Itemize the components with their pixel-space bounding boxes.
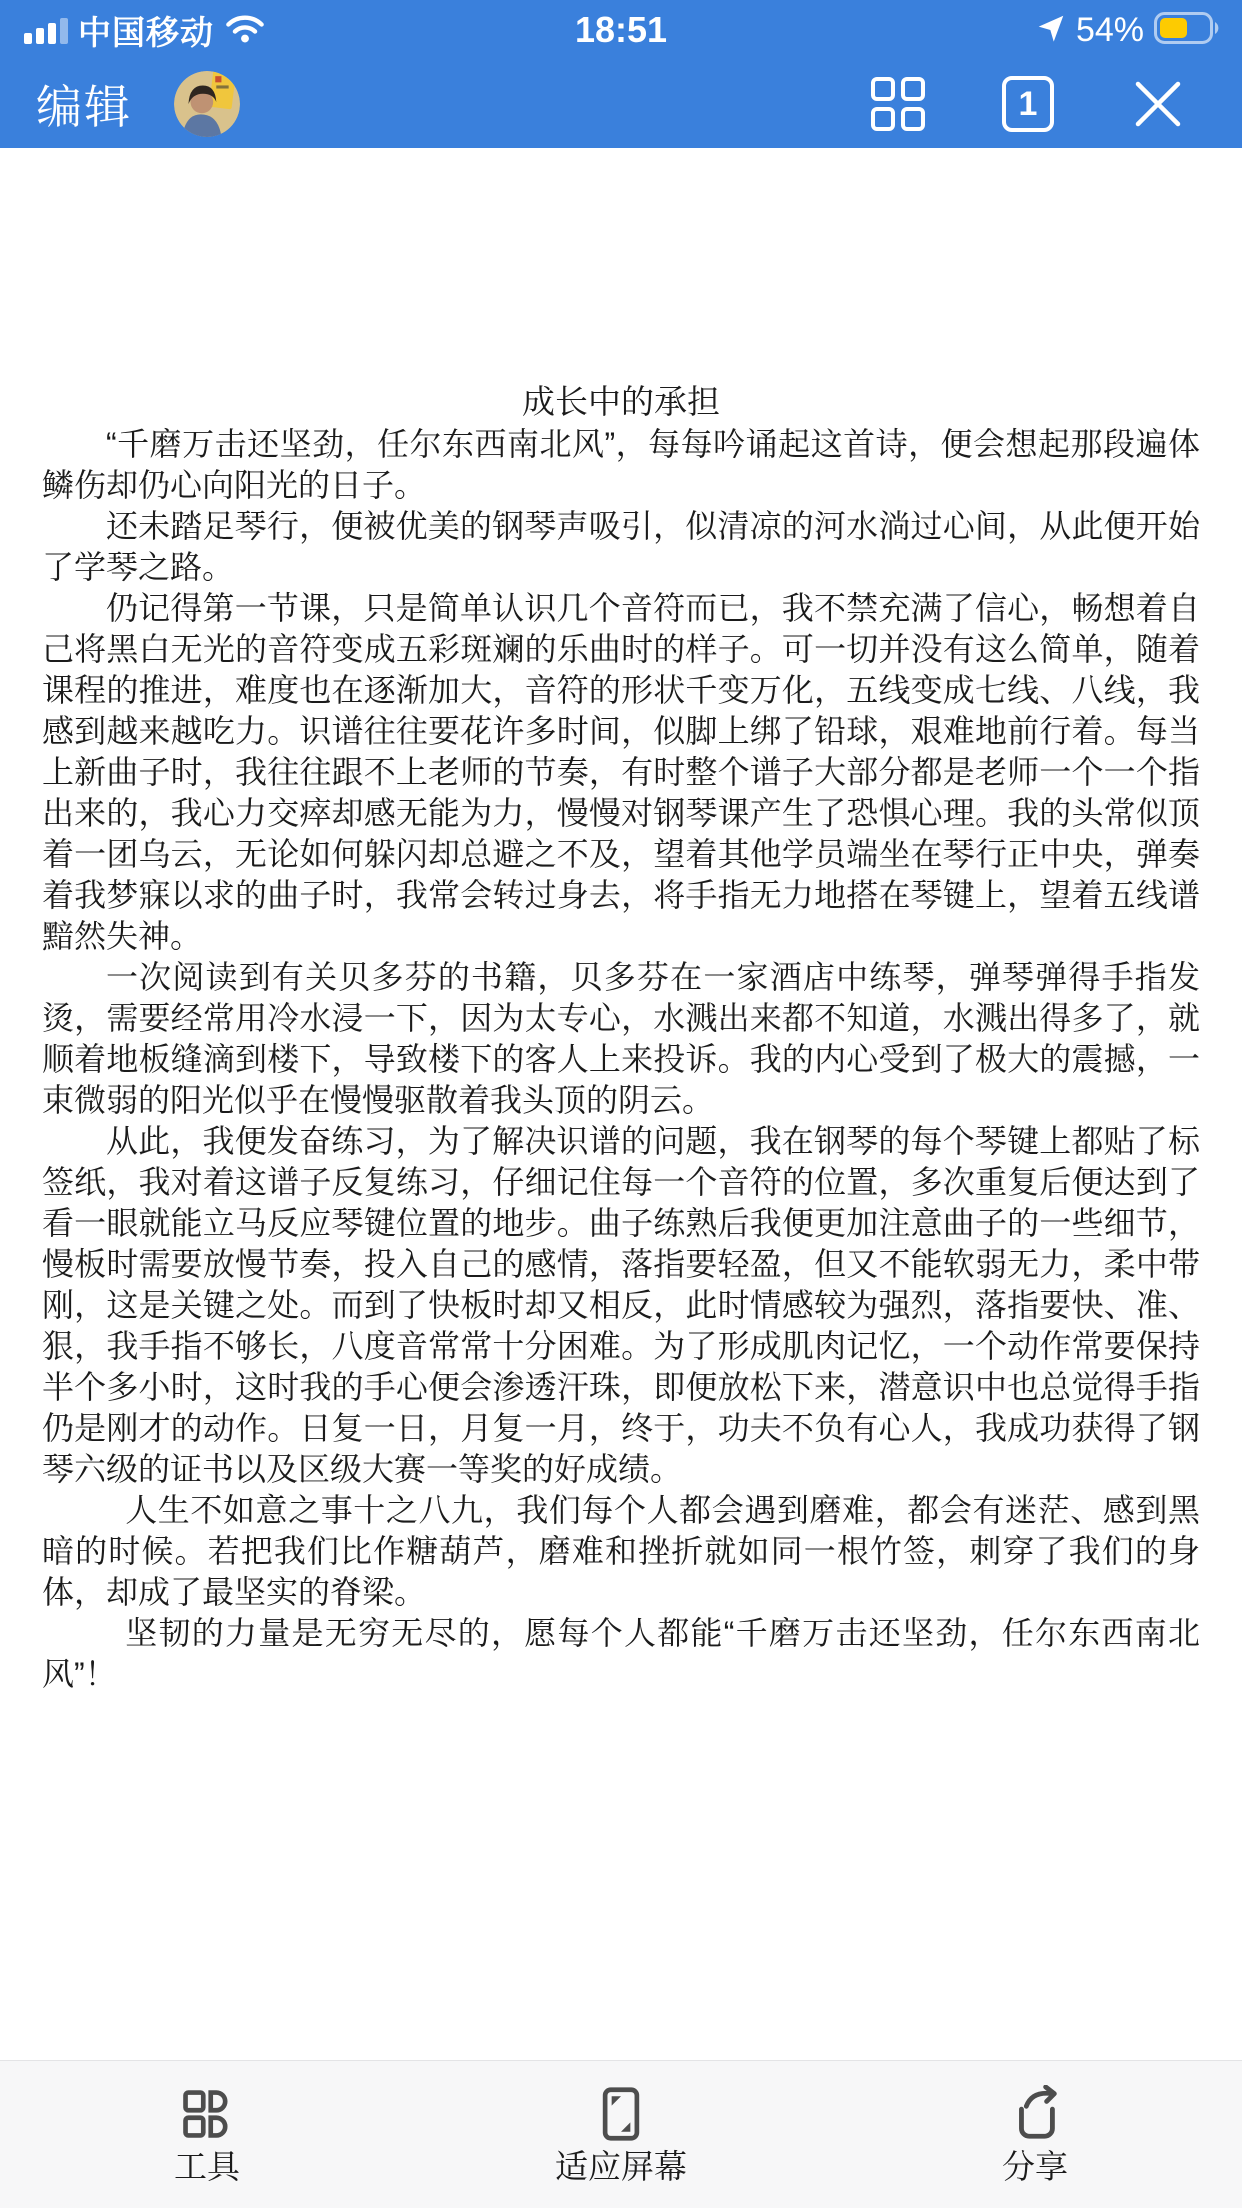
battery-icon <box>1154 12 1220 49</box>
fit-screen-icon <box>593 2085 649 2143</box>
paragraph: 坚韧的力量是无穷无尽的，愿每个人都能“千磨万击还坚劲，任尔东西南北风”！ <box>42 1613 1200 1695</box>
share-icon <box>1006 2085 1064 2143</box>
grid-icon <box>871 77 925 131</box>
share-label: 分享 <box>1002 2149 1068 2185</box>
close-icon <box>1132 78 1184 130</box>
paragraph: 还未踏足琴行，便被优美的钢琴声吸引，似清凉的河水淌过心间，从此便开始了学琴之路。 <box>42 506 1200 588</box>
status-bar: 中国移动 18:51 54% <box>0 0 1242 60</box>
bottom-toolbar: 工具 适应屏幕 分享 <box>0 2060 1242 2208</box>
tools-label: 工具 <box>174 2149 240 2185</box>
header-block: 中国移动 18:51 54% <box>0 0 1242 148</box>
location-arrow-icon <box>1036 13 1066 48</box>
share-button[interactable]: 分享 <box>828 2085 1242 2185</box>
page-number-button[interactable]: 1 <box>1002 76 1054 132</box>
avatar[interactable] <box>174 71 240 137</box>
edit-mode-button[interactable]: 编辑 <box>36 71 132 137</box>
close-button[interactable] <box>1130 76 1186 132</box>
app-screen: 中国移动 18:51 54% <box>0 0 1242 2208</box>
nav-bar: 编辑 <box>0 60 1242 148</box>
paragraph: 仍记得第一节课，只是简单认识几个音符而已，我不禁充满了信心，畅想着自己将黑白无光… <box>42 588 1200 957</box>
fit-screen-button[interactable]: 适应屏幕 <box>414 2085 828 2185</box>
tools-grid-icon <box>179 2085 235 2143</box>
paragraph: 从此，我便发奋练习，为了解决识谱的问题，我在钢琴的每个琴键上都贴了标签纸，我对着… <box>42 1121 1200 1490</box>
battery-percent-label: 54% <box>1076 11 1144 50</box>
thumbnail-grid-button[interactable] <box>870 76 926 132</box>
paragraph: 人生不如意之事十之八九，我们每个人都会遇到磨难，都会有迷茫、感到黑暗的时候。若把… <box>42 1490 1200 1613</box>
document-title: 成长中的承担 <box>42 380 1200 424</box>
paragraph: 一次阅读到有关贝多芬的书籍，贝多芬在一家酒店中练琴，弹琴弹得手指发烫，需要经常用… <box>42 957 1200 1121</box>
paragraph: “千磨万击还坚劲，任尔东西南北风”，每每吟诵起这首诗，便会想起那段遍体鳞伤却仍心… <box>42 424 1200 506</box>
tools-button[interactable]: 工具 <box>0 2085 414 2185</box>
document-page[interactable]: 成长中的承担 “千磨万击还坚劲，任尔东西南北风”，每每吟诵起这首诗，便会想起那段… <box>0 148 1242 2060</box>
fit-screen-label: 适应屏幕 <box>555 2149 687 2185</box>
